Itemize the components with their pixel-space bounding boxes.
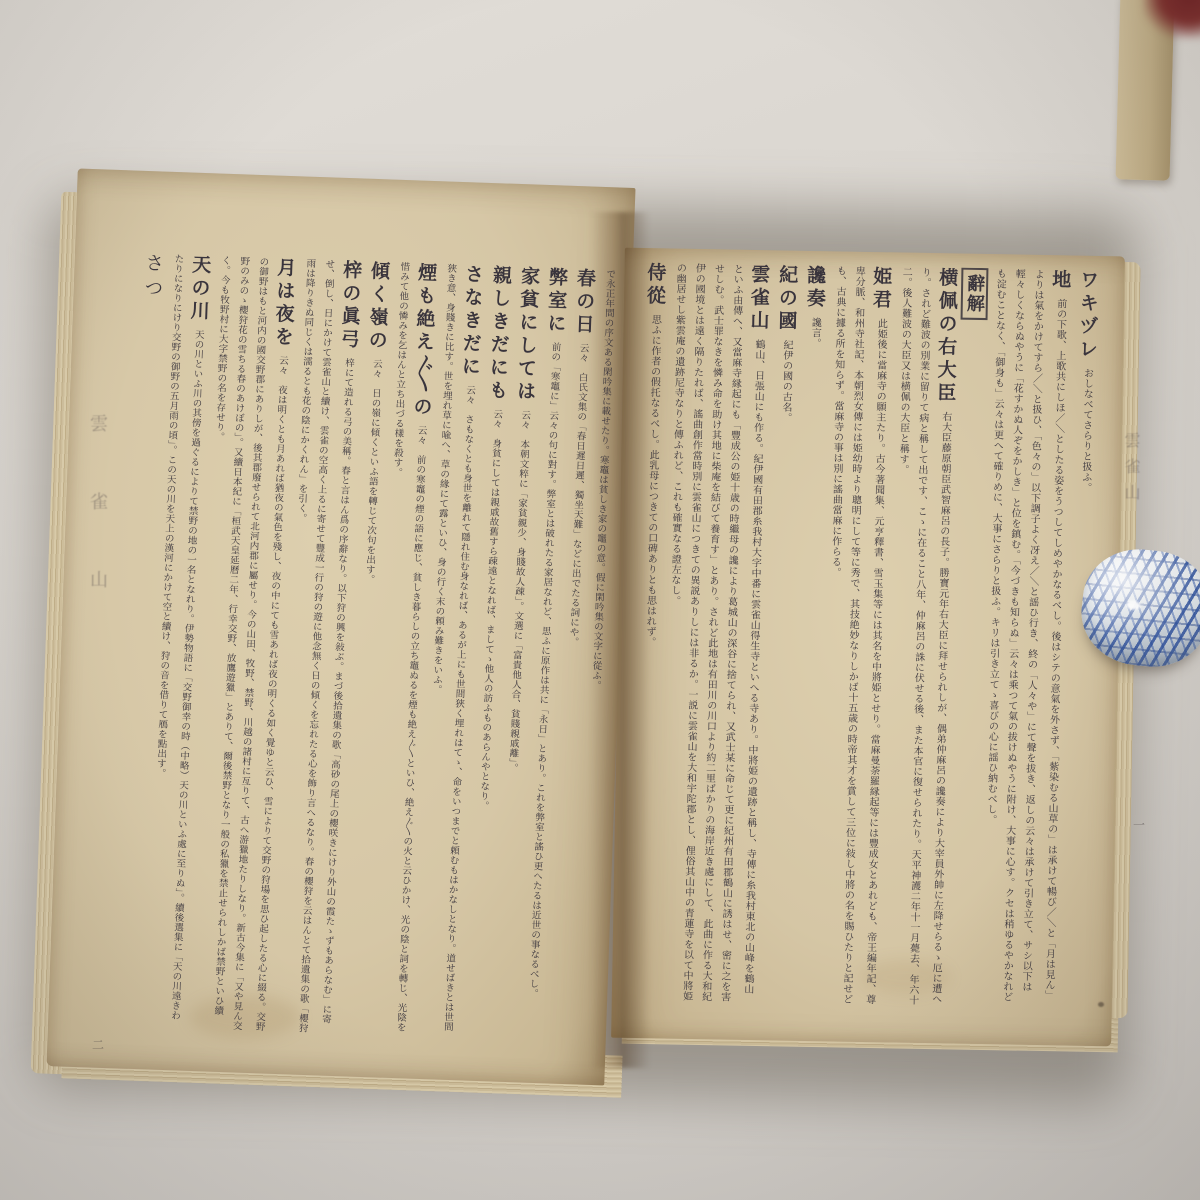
entry-heading: 讒奏 <box>804 265 827 311</box>
entry-heading: 天の川 <box>187 254 211 324</box>
entry-heading: ワキヅレ <box>1076 270 1100 362</box>
entry-heading: 春の日 <box>572 268 596 338</box>
entry: 雲雀山鶴山、日張山にも作る。紀伊國有田郡糸我村大字中番に雲雀山得生寺といへる寺あ… <box>658 263 772 1005</box>
entry-heading: 煙も絶え〴〵の <box>410 262 437 420</box>
left-page-text: で永正年間の序文ある閑吟集に載せたり。寒竈は貧しき家の竈の意。假に閑吟集の文字に… <box>79 251 620 1043</box>
entry-heading: 梓の眞弓 <box>337 259 362 352</box>
entry-heading: さなきだに <box>458 264 484 380</box>
entry-heading: 家貧にしては <box>514 266 541 405</box>
red-corner-object <box>1144 0 1200 38</box>
right-page-text: ワキヅレおしなべてさらりと扱ふ。地前の下歌、上歌共にしほ／＼としたる姿をうつして… <box>630 262 1101 1010</box>
entry-heading: 横佩の右大臣 <box>934 267 958 405</box>
annotation-note: 前の下歌、上歌共にしほ／＼としたる姿をうつしてしめやかなるべし。後はシテの意氣を… <box>985 268 1066 1002</box>
right-page-number: 一 <box>1133 816 1145 833</box>
annotation-note: 云々 白氏文集の「春日遲日遲、獨坐天難」などに出でたる詞にや。 <box>567 343 589 647</box>
annotation-note: 云々 日の嶺に傾くといふ語を轉じて次句を出す。 <box>363 359 382 585</box>
entry-heading: 弊室に <box>544 267 568 337</box>
entry-heading: 地 <box>1049 269 1071 292</box>
section-title: 辭解 <box>961 268 989 320</box>
entry-heading: 月は夜を <box>271 257 296 350</box>
annotation-note: 讒言。 <box>809 317 821 348</box>
entry: 横佩の右大臣右大臣藤原朝臣武智麻呂の長子。勝寶元年右大臣に拜せられしが、偶弟仲麻… <box>884 266 960 1007</box>
annotation-note: おしなべてさらりと扱ふ。 <box>1080 368 1093 493</box>
entry: 姫君此姫後に當麻寺の願主たり。古今著聞集、元亨釋書、雪玉集等には其名を中將姫とせ… <box>818 265 894 1006</box>
entry: 地前の下歌、上歌共にしほ／＼としたる姿をうつしてしめやかなるべし。後はシテの意氣… <box>978 268 1073 1009</box>
annotation-note: 思ふに作者の假托なるべし。此乳母につきての口碑ありとも思はれず。 <box>644 314 661 647</box>
left-margin-book-title: 雲雀山 <box>84 414 110 648</box>
entry-heading: 姫君 <box>870 266 893 312</box>
annotation-note: 鶴山、日張山にも作る。紀伊國有田郡糸我村大字中番に雲雀山得生寺といへる寺あり。中… <box>668 263 764 1002</box>
left-page-number: 二 <box>92 1036 104 1053</box>
right-margin-book-title: 雲雀山 <box>1120 432 1143 510</box>
annotation-note: 此姫後に當麻寺の願主たり。古今著聞集、元亨釋書、雪玉集等には其名を中將姫とせり。… <box>829 265 887 1004</box>
entry-heading: 傾く嶺の <box>365 260 390 353</box>
entry-heading: 親しきだにも <box>486 265 513 404</box>
annotation-note: 云々 本朝文粹に「家貧親少、身賤故人疎」。文選に「富貴他人合、貧賤親戚離」。 <box>507 410 531 773</box>
annotation-note: 紀伊の國の古名。 <box>780 339 792 422</box>
paper-speck <box>1098 1002 1104 1007</box>
entry-heading: 雲雀山 <box>747 264 770 333</box>
pen-cap-glint <box>1126 600 1141 610</box>
entry-heading: 紀の國 <box>775 264 798 333</box>
catchword: さつ <box>141 253 165 304</box>
entry-heading: 侍從 <box>644 262 667 308</box>
